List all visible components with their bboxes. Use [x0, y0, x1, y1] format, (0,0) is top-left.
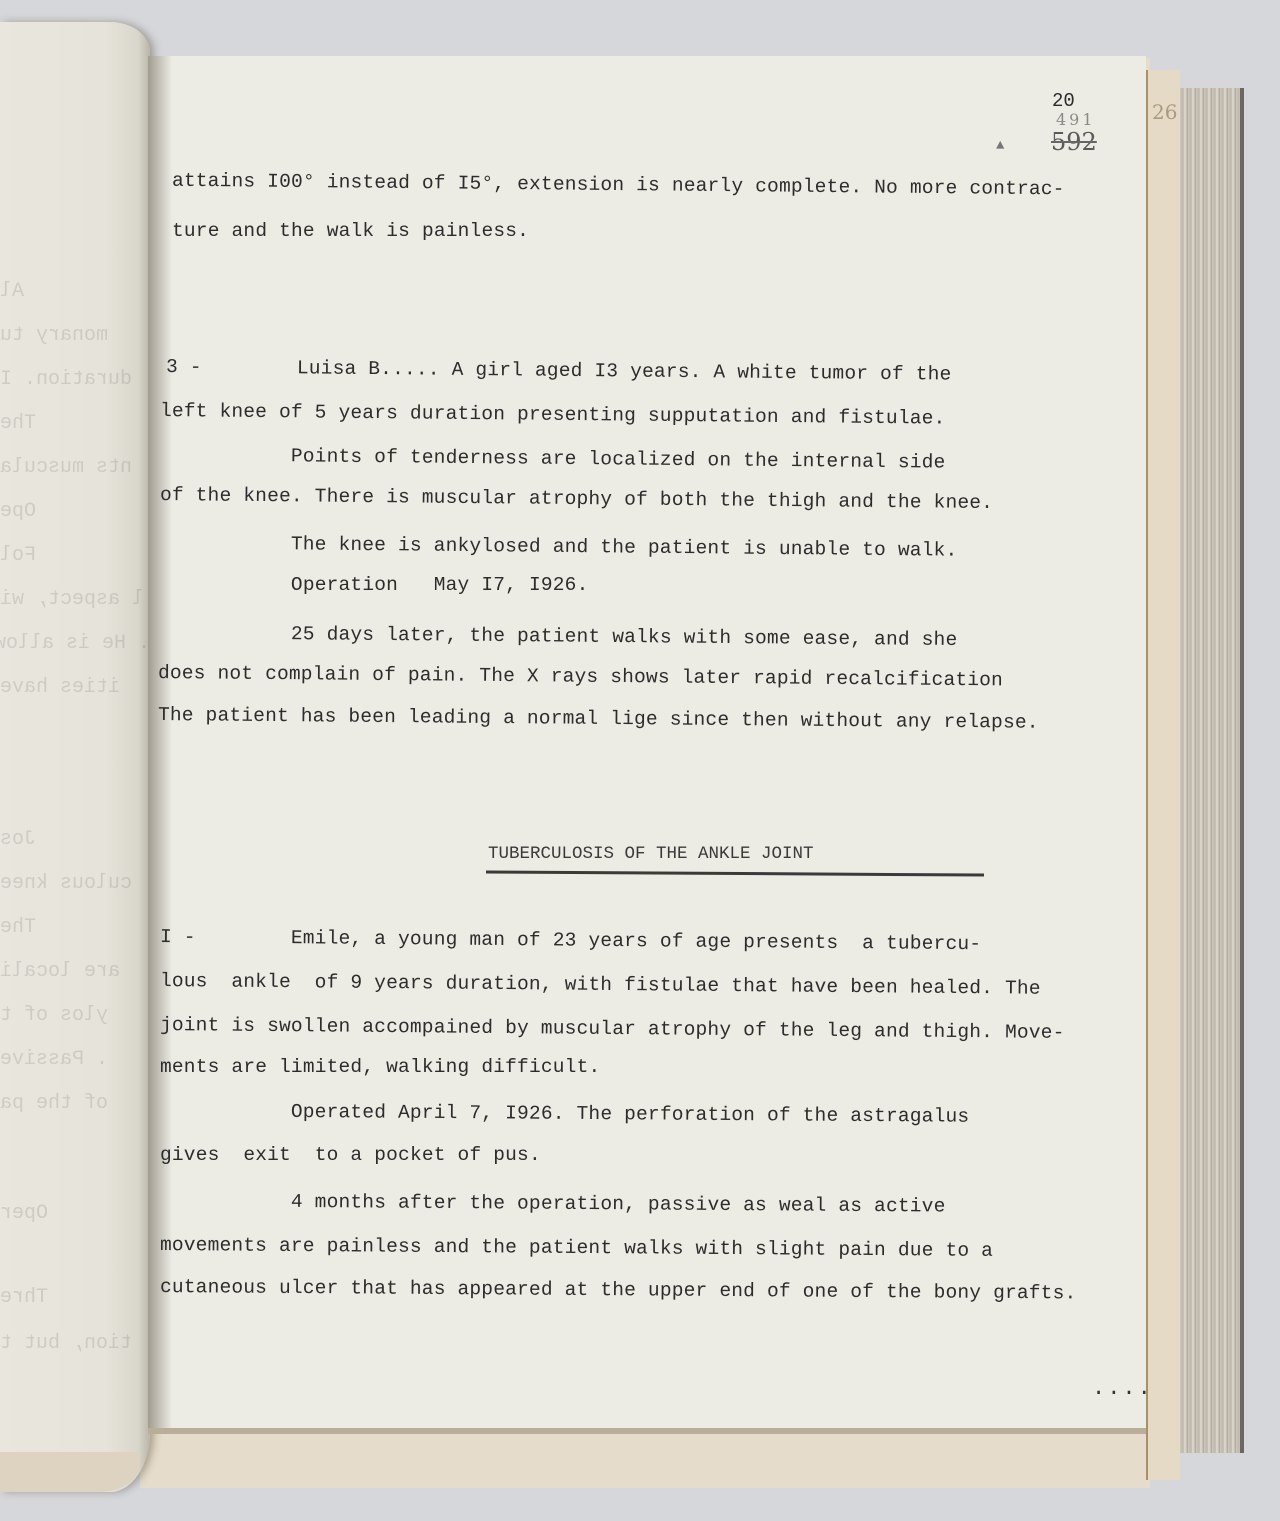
text-line: The patient has been leading a normal li…	[158, 704, 1039, 734]
book-edge-leaf: 26	[1146, 70, 1180, 1480]
text-line: of the knee. There is muscular atrophy o…	[160, 484, 993, 514]
section-heading: TUBERCULOSIS OF THE ANKLE JOINT	[488, 844, 814, 864]
pencil-page-number: 491	[1056, 110, 1096, 129]
bleed-text: Thre	[0, 1286, 150, 1309]
bleed-text: of the pa	[0, 1092, 150, 1115]
text-line: 3 - Luisa B..... A girl aged I3 years. A…	[166, 356, 952, 386]
bleed-text: culous knee	[0, 872, 150, 895]
bleed-text: ities have	[0, 676, 150, 699]
text-line: 4 months after the operation, passive as…	[160, 1190, 946, 1217]
bleed-text: l aspect, wi	[0, 588, 150, 611]
bleed-text: Jos	[0, 828, 150, 851]
text-line: cutaneous ulcer that has appeared at the…	[160, 1276, 1077, 1304]
stamp-mark-icon: ▲	[996, 138, 1004, 154]
bleed-text: . Passive	[0, 1048, 150, 1071]
bleed-text: monary tu	[0, 324, 150, 347]
text-line: The knee is ankylosed and the patient is…	[160, 532, 958, 562]
typed-page: 20 491 ▲ 592 attains I00° instead of I5°…	[148, 56, 1146, 1428]
bleed-text: Oper	[0, 1202, 150, 1225]
text-line: movements are painless and the patient w…	[160, 1234, 993, 1262]
bleed-text: Fol	[0, 544, 150, 567]
text-line: gives exit to a pocket of pus.	[160, 1144, 541, 1166]
bleed-text: The	[0, 412, 150, 435]
text-line: left knee of 5 years duration presenting…	[160, 400, 946, 430]
bleed-text: duration. I	[0, 368, 150, 391]
text-line: I - Emile, a young man of 23 years of ag…	[160, 926, 981, 955]
bleed-text: are locali	[0, 960, 150, 983]
bleed-text: Ope	[0, 500, 150, 523]
bleed-text: . He is allow	[0, 632, 150, 655]
gutter-shadow	[148, 56, 172, 1428]
left-page-edge	[0, 1452, 140, 1492]
text-line: 25 days later, the patient walks with so…	[160, 622, 958, 651]
edge-number: 26	[1152, 100, 1177, 124]
text-line: ture and the walk is painless.	[172, 220, 529, 242]
text-line: attains I00° instead of I5°, extension i…	[172, 170, 1065, 201]
bleed-text: The	[0, 916, 150, 939]
continuation-dots: ....	[1092, 1376, 1153, 1401]
left-curled-page: Al monary tu duration. I The nts muscula…	[0, 22, 150, 1492]
text-line: Points of tenderness are localized on th…	[160, 444, 946, 474]
heading-underline	[486, 870, 984, 876]
bleed-text: Al	[0, 280, 150, 303]
bleed-text: ylos of t	[0, 1004, 150, 1027]
text-line: does not complain of pain. The X rays sh…	[158, 662, 1003, 691]
text-line: lous ankle of 9 years duration, with fis…	[160, 970, 1041, 1000]
text-line: ments are limited, walking difficult.	[160, 1056, 600, 1078]
stamped-page-number: 592	[1051, 128, 1097, 156]
page-number: 20	[1052, 90, 1075, 112]
book-page-stack	[1180, 88, 1244, 1453]
text-line: Operated April 7, I926. The perforation …	[160, 1100, 969, 1128]
bleed-text: tion, but t	[0, 1332, 150, 1355]
bleed-text: nts muscula	[0, 456, 150, 479]
text-line: Operation May I7, I926.	[160, 574, 588, 596]
text-line: joint is swollen accompained by muscular…	[160, 1014, 1065, 1044]
